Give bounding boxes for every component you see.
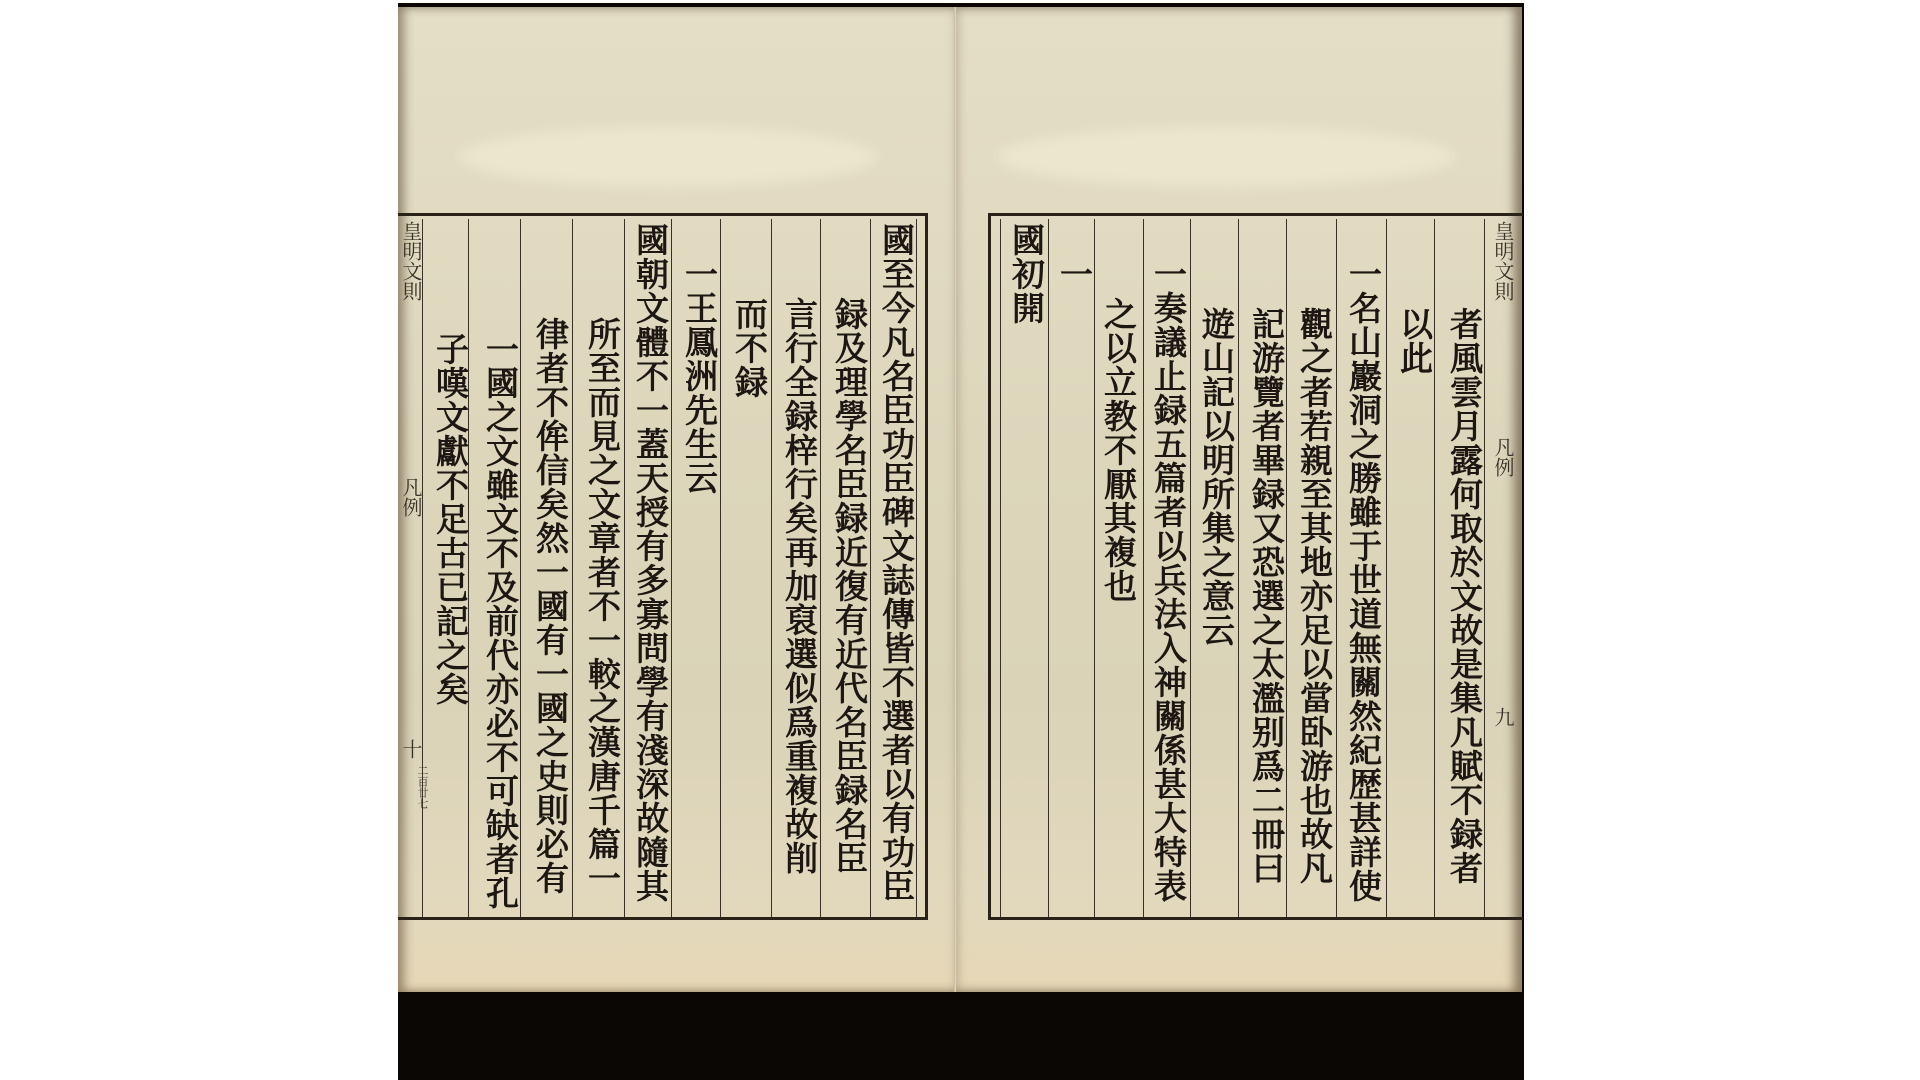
text-column-9: 一 [1052,257,1092,291]
banxin-leaf-number: 十 [400,739,422,759]
column-rule [870,219,871,917]
text-column-3: 一名山巖洞之勝雖于世道無關然紀歴甚詳使 [1341,257,1381,903]
column-rule [624,219,625,917]
text-column-10: 子嘆文獻不足古已記之矣 [428,332,468,706]
column-rule [1484,219,1485,917]
column-rule [916,219,917,917]
text-column-9: 一國之文雖文不及前代亦必不可缺者孔 [478,332,518,910]
text-column-3: 言行全録梓行矣再加裒選似爲重複故削 [777,297,817,875]
text-column-7: 一奏議止録五篇者以兵法入神關係甚大特表 [1146,257,1186,903]
column-rule [671,219,672,917]
column-rule [520,219,521,917]
left-page: 皇明文則 凡例 十 二百廿七 國至今凡名臣功臣碑文誌傳皆不選者以有功臣 録及理學… [398,7,958,992]
column-rule [1386,219,1387,917]
column-rule [771,219,772,917]
column-rule [1143,219,1144,917]
open-book-scan: 皇明文則 凡例 十 二百廿七 國至今凡名臣功臣碑文誌傳皆不選者以有功臣 録及理學… [398,3,1524,1080]
text-column-6: 遊山記以明所集之意云 [1194,307,1234,647]
text-column-5: 一王鳳洲先生云 [677,257,717,495]
column-rule [1000,219,1001,917]
column-rule [1434,219,1435,917]
column-rule [572,219,573,917]
banxin-title: 皇明文則 [400,221,422,301]
right-page: 者風雲月露何取於文故是集凡賦不録者 以此 一名山巖洞之勝雖于世道無關然紀歴甚詳使… [956,7,1522,992]
text-column-4: 觀之者若親至其地亦足以當卧游也故凡 [1292,307,1332,885]
column-rule [720,219,721,917]
banxin-leaf-number: 九 [1492,707,1514,727]
text-column-8: 之以立教不厭其複也 [1096,297,1136,603]
text-column-1: 國至今凡名臣功臣碑文誌傳皆不選者以有功臣 [874,223,914,903]
column-rule [820,219,821,917]
paper-stain [458,127,878,187]
text-column-6: 國朝文體不一蓋天授有多寡問學有淺深故隨其 [628,223,668,903]
banxin-title: 皇明文則 [1492,221,1514,301]
banxin-small-number: 二百廿七 [416,765,428,809]
column-rule [1238,219,1239,917]
text-column-7: 所至而見之文章者不一較之漢唐千篇一 [580,317,620,895]
column-rule [1190,219,1191,917]
banxin-section: 凡例 [1492,437,1514,477]
text-column-2: 録及理學名臣録近復有近代名臣録名臣 [827,297,867,875]
column-rule [1336,219,1337,917]
text-column-5: 記游覽者畢録又恐選之太濫别爲二冊曰 [1244,307,1284,885]
text-column-10: 國初開 [1004,223,1044,325]
text-column-4: 而不録 [727,297,767,399]
column-rule [1286,219,1287,917]
text-column-2: 以此 [1392,307,1432,375]
column-rule [1094,219,1095,917]
column-rule [1048,219,1049,917]
column-rule [422,219,423,917]
text-column-8: 律者不侔信矣然一國有一國之史則必有 [528,317,568,895]
text-column-1: 者風雲月露何取於文故是集凡賦不録者 [1442,307,1482,885]
paper-stain [996,127,1456,187]
banxin-section: 凡例 [400,477,422,517]
